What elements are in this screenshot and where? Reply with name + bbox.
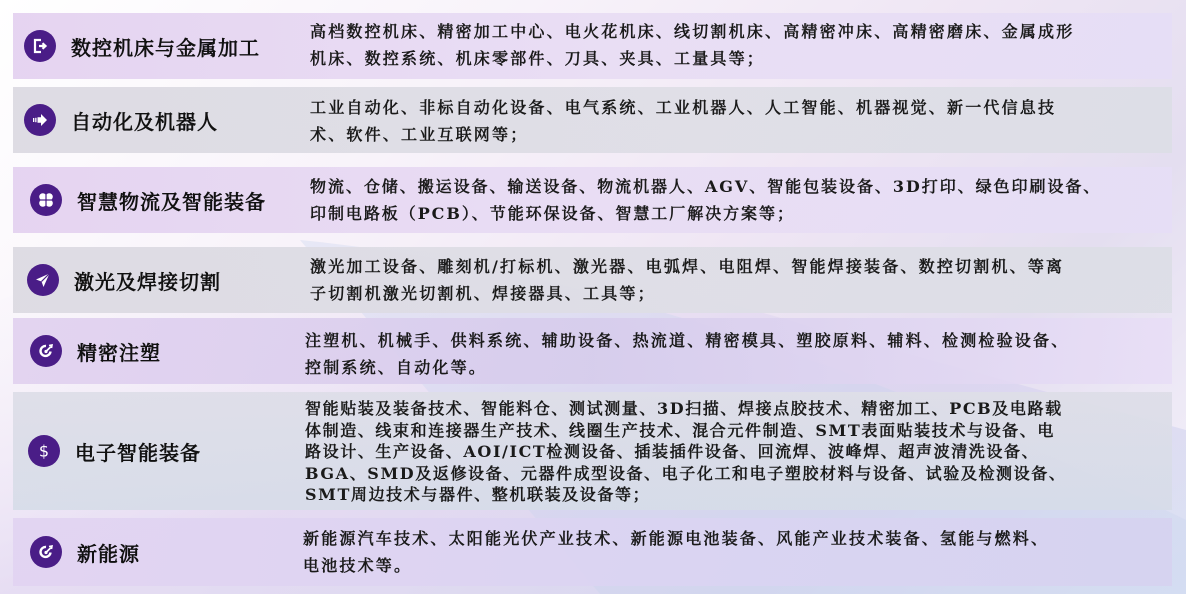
category-description: 注塑机、机械手、供料系统、辅助设备、热流道、精密模具、塑胶原料、辅料、检测检验设… [305,327,1069,381]
category-description: 工业自动化、非标自动化设备、电气系统、工业机器人、人工智能、机器视觉、新一代信息… [310,94,1056,148]
category-title: 智慧物流及智能装备 [77,186,266,215]
category-title: 数控机床与金属加工 [71,32,260,61]
category-title: 自动化及机器人 [71,106,218,135]
arrow-right-icon [24,104,56,136]
category-title: 精密注塑 [77,337,161,366]
paper-plane-icon [27,264,59,296]
category-head: 激光及焊接切割 [13,264,221,296]
svg-text:$: $ [39,442,49,460]
four-petal-icon [30,184,62,216]
category-head: 数控机床与金属加工 [13,30,260,62]
category-description: 高档数控机床、精密加工中心、电火花机床、线切割机床、高精密冲床、高精密磨床、金属… [310,18,1074,72]
exit-arrow-icon [24,30,56,62]
category-description: 新能源汽车技术、太阳能光伏产业技术、新能源电池装备、风能产业技术装备、氢能与燃料… [303,525,1049,579]
category-description: 激光加工设备、雕刻机/打标机、激光器、电弧焊、电阻焊、智能焊接装备、数控切割机、… [310,253,1064,307]
category-title: 电子智能装备 [75,437,201,466]
category-head: 自动化及机器人 [13,104,218,136]
category-head: 新能源 [13,536,140,568]
category-title: 激光及焊接切割 [74,266,221,295]
dollar-icon: $ [28,435,60,467]
category-title: 新能源 [77,538,140,567]
category-head: $ 电子智能装备 [13,435,201,467]
category-description: 物流、仓储、搬运设备、输送设备、物流机器人、AGV、智能包装设备、3D打印、绿色… [310,173,1101,227]
category-head: 精密注塑 [13,335,161,367]
target-arrow-icon [30,536,62,568]
category-head: 智慧物流及智能装备 [13,184,266,216]
category-description: 智能贴装及装备技术、智能料仓、测试测量、3D扫描、焊接点胶技术、精密加工、PCB… [305,398,1066,506]
target-arrow-icon [30,335,62,367]
